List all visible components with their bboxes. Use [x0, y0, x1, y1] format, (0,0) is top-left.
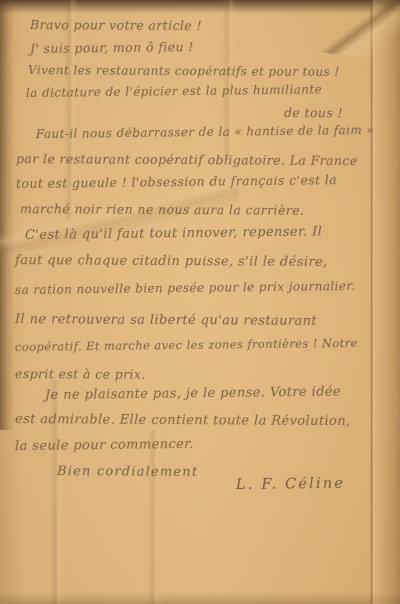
handwritten-line: Faut-il nous débarrasser de la « hantise…	[36, 123, 374, 141]
handwritten-line: tout est gueule ! l'obsession du françai…	[16, 172, 337, 191]
handwritten-line: par le restaurant coopératif obligatoire…	[16, 151, 358, 168]
handwritten-line: sa ration nouvelle bien pesée pour le pr…	[15, 279, 356, 297]
paper-crease-right	[370, 0, 373, 604]
signature: L. F. Céline	[236, 476, 345, 493]
handwritten-line: Vivent les restaurants coopératifs et po…	[28, 63, 340, 79]
handwritten-line: faut que chaque citadin puisse, s'il le …	[15, 253, 328, 270]
handwritten-line: J' suis pour, mon ô fieu !	[30, 39, 194, 56]
paper-edge-shadow-top	[0, 0, 400, 14]
paper-edge-shadow-bottom	[0, 592, 400, 604]
paper-edge-shadow-left	[0, 0, 14, 430]
closing-line: Bien cordialement	[57, 464, 198, 480]
paper-fold-top-right	[314, 0, 400, 68]
paper-crease	[148, 430, 162, 604]
handwritten-line: la dictature de l'épicier est la plus hu…	[26, 82, 322, 100]
handwritten-line: C'est là qu'il faut tout innover, repens…	[25, 224, 322, 243]
handwritten-line: marché noir rien ne nous aura la carrièr…	[20, 201, 304, 218]
handwritten-line: la seule pour commencer.	[15, 437, 194, 454]
handwritten-line: Je ne plaisante pas, je le pense. Votre …	[45, 384, 341, 403]
paper-fold-right	[373, 0, 400, 604]
handwritten-line: esprit est à ce prix.	[15, 366, 146, 382]
handwritten-line: Bravo pour votre article !	[30, 17, 202, 33]
handwritten-line: Il ne retrouvera sa liberté qu'au restau…	[15, 312, 317, 329]
handwritten-line: est admirable. Elle contient toute la Ré…	[15, 412, 351, 429]
handwritten-line: de tous !	[284, 105, 343, 120]
letter-photo: Bravo pour votre article ! J' suis pour,…	[0, 0, 400, 604]
handwritten-line: coopératif. Et marche avec les zones fro…	[15, 336, 358, 354]
